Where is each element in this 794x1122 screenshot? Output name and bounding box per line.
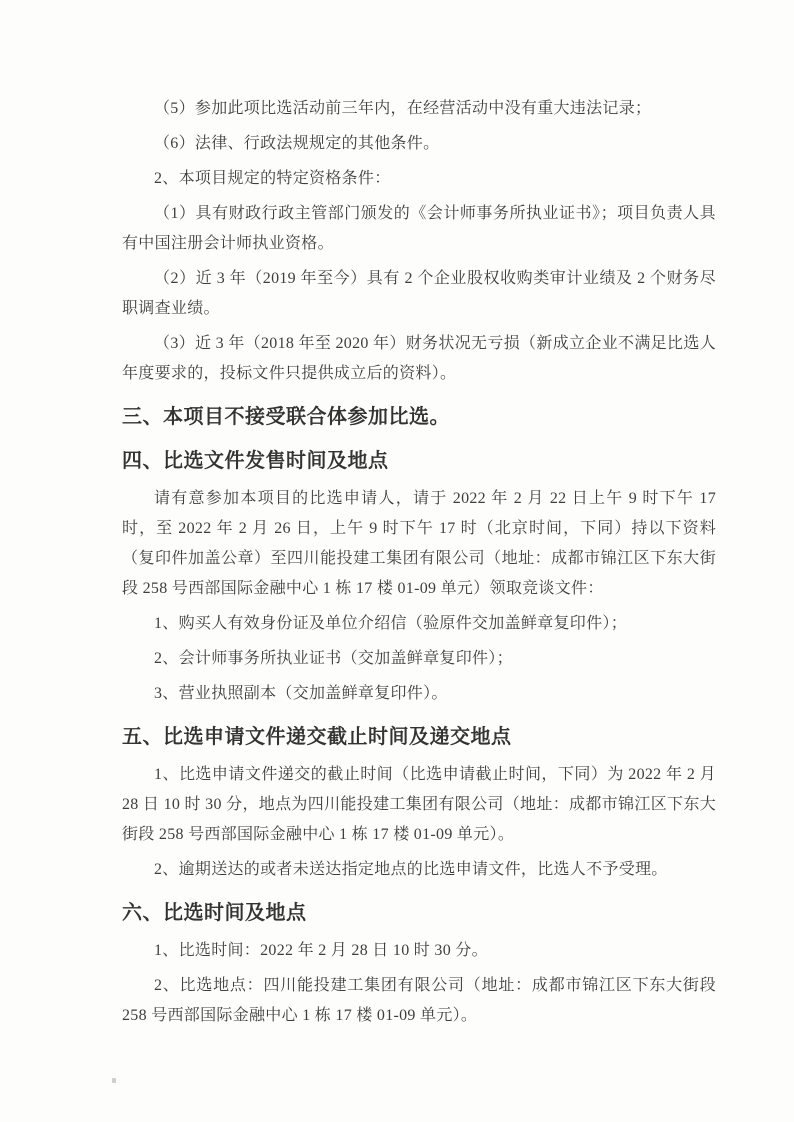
section-5-heading: 五、比选申请文件递交截止时间及递交地点 bbox=[122, 722, 716, 753]
section-6-item-1: 1、比选时间：2022 年 2 月 28 日 10 时 30 分。 bbox=[122, 936, 716, 966]
section-4-item-3: 3、营业执照副本（交加盖鲜章复印件）。 bbox=[122, 679, 716, 709]
special-condition-1: （1）具有财政行政主管部门颁发的《会计师事务所执业证书》；项目负责人具有中国注册… bbox=[122, 199, 716, 259]
section-6-heading: 六、比选时间及地点 bbox=[122, 898, 716, 929]
section-4-item-2: 2、会计师事务所执业证书（交加盖鲜章复印件）； bbox=[122, 644, 716, 674]
document-page: （5）参加此项比选活动前三年内，在经营活动中没有重大违法记录； （6）法律、行政… bbox=[0, 0, 794, 1122]
section-4-item-1: 1、购买人有效身份证及单位介绍信（验原件交加盖鲜章复印件）； bbox=[122, 609, 716, 639]
section-6-item-2: 2、比选地点：四川能投建工集团有限公司（地址：成都市锦江区下东大街段 258 号… bbox=[122, 971, 716, 1031]
special-condition-2: （2）近 3 年（2019 年至今）具有 2 个企业股权收购类审计业绩及 2 个… bbox=[122, 264, 716, 324]
general-condition-6: （6）法律、行政法规规定的其他条件。 bbox=[122, 129, 716, 159]
document-content: （5）参加此项比选活动前三年内，在经营活动中没有重大违法记录； （6）法律、行政… bbox=[122, 94, 716, 1036]
special-condition-3: （3）近 3 年（2018 年至 2020 年）财务状况无亏损（新成立企业不满足… bbox=[122, 329, 716, 389]
section-4-heading: 四、比选文件发售时间及地点 bbox=[122, 446, 716, 477]
section-5-item-2: 2、逾期送达的或者未送达指定地点的比选申请文件，比选人不予受理。 bbox=[122, 855, 716, 885]
section-5-item-1: 1、比选申请文件递交的截止时间（比选申请截止时间，下同）为 2022 年 2 月… bbox=[122, 760, 716, 850]
general-condition-5: （5）参加此项比选活动前三年内，在经营活动中没有重大违法记录； bbox=[122, 94, 716, 124]
scan-speck bbox=[112, 1078, 116, 1083]
section-3-heading: 三、本项目不接受联合体参加比选。 bbox=[122, 402, 716, 433]
section-4-intro: 请有意参加本项目的比选申请人，请于 2022 年 2 月 22 日上午 9 时下… bbox=[122, 484, 716, 604]
special-conditions-title: 2、本项目规定的特定资格条件： bbox=[122, 164, 716, 194]
